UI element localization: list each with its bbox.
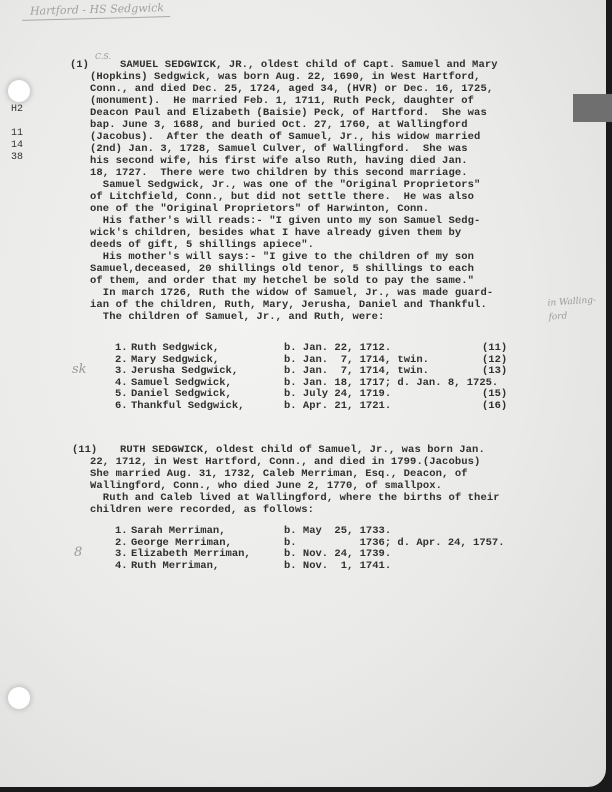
entry-number: (11) [72,444,97,456]
text-line: Deacon Paul and Elizabeth (Baisie) Peck,… [90,107,498,119]
text-line: She married Aug. 31, 1732, Caleb Merrima… [90,468,500,480]
child-birth: b. Jan. 22, 1712. [284,343,391,355]
text-line: (monument). He married Feb. 1, 1711, Rut… [90,95,498,107]
handwritten-top-note: Hartford - HS Sedgwick [22,1,170,21]
child-birth: b. Nov. 1, 1741. [284,561,391,573]
text-line: bap. June 3, 1688, and buried Oct. 27, 1… [90,119,498,131]
text-line: (Hopkins) Sedgwick, was born Aug. 22, 16… [90,71,498,83]
child-num: 6. [115,401,128,413]
margin-code: 11 [11,128,23,139]
entry-number: (1) [70,59,89,71]
document-page: Hartford - HS Sedgwick C.S. in Walling-f… [0,0,606,787]
text-line: SAMUEL SEDGWICK, JR., oldest child of Ca… [120,59,498,71]
child-name: Ruth Sedgwick, [131,343,219,355]
text-line: Samuel,deceased, 20 shillings old tenor,… [90,263,498,275]
text-line: The children of Samuel, Jr., and Ruth, w… [90,311,498,323]
punch-hole [8,80,30,102]
text-line: children were recorded, as follows: [90,504,500,516]
child-name: Thankful Sedgwick, [131,401,244,413]
margin-code: H2 [11,104,23,115]
text-line: His mother's will says:- "I give to the … [90,251,498,263]
text-line: ian of the children, Ruth, Mary, Jerusha… [90,299,498,311]
child-num: 1. [115,526,128,538]
child-num: 1. [115,343,128,355]
text-line: of them, and order that my hetchel be so… [90,275,498,287]
child-ref: (16) [482,401,507,413]
text-line: His father's will reads:- "I given unto … [90,215,498,227]
text-line: Ruth and Caleb lived at Wallingford, whe… [90,492,500,504]
punch-hole [8,687,30,709]
text-line: of Litchfield, Conn., but did not settle… [90,191,498,203]
child-name: Sarah Merriman, [131,526,226,538]
entry-1-paragraph: SAMUEL SEDGWICK, JR., oldest child of Ca… [105,59,498,323]
child-num: 4. [115,561,128,573]
child-ref: (11) [482,343,507,355]
index-tab [573,94,612,122]
child-birth: b. Apr. 21, 1721. [284,401,391,413]
child-birth: b. May 25, 1733. [284,526,391,538]
margin-code: 14 [11,140,23,151]
text-line: Conn., and died Dec. 25, 1724, aged 34, … [90,83,498,95]
text-line: RUTH SEDGWICK, oldest child of Samuel, J… [120,444,500,456]
text-line: 18, 1727. There were two children by thi… [90,167,498,179]
text-line: Samuel Sedgwick, Jr., was one of the "Or… [90,179,498,191]
entry-11-paragraph: RUTH SEDGWICK, oldest child of Samuel, J… [105,444,500,516]
text-line: (Jacobus). After the death of Samuel, Jr… [90,131,498,143]
handwritten-margin-mark: sk [72,362,87,377]
text-line: In march 1726, Ruth the widow of Samuel,… [90,287,498,299]
text-line: deeds of gift, 5 shillings apiece". [90,239,498,251]
margin-code: 38 [11,152,23,163]
handwritten-wallingford-note: in Walling-ford [547,293,599,324]
text-line: one of the "Original Proprietors" of Har… [90,203,498,215]
text-line: (2nd) Jan. 3, 1728, Samuel Culver, of Wa… [90,143,498,155]
text-line: his second wife, his first wife also Rut… [90,155,498,167]
child-name: Ruth Merriman, [131,561,219,573]
text-line: 22, 1712, in West Hartford, Conn., and d… [90,456,500,468]
text-line: wick's children, besides what I have alr… [90,227,498,239]
handwritten-margin-mark: 8 [74,545,82,560]
text-line: Wallingford, Conn., who died June 2, 177… [90,480,500,492]
